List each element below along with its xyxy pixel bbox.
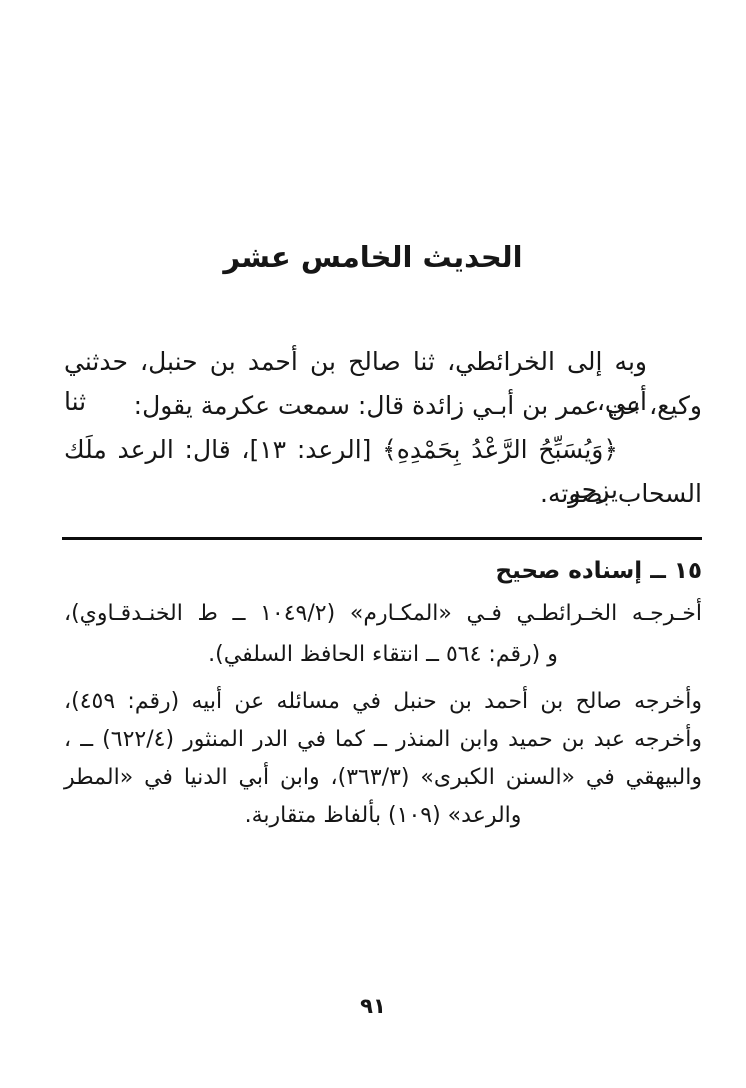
footnote-line-6: والرعد» (١٠٩) بألفاظ متقاربة. [64, 798, 702, 834]
body-line-4: السحاب بصوته. [64, 474, 702, 514]
footnote-number-heading: ١٥ ــ إسناده صحيح [64, 553, 702, 589]
chapter-title: الحديث الخامس عشر [0, 240, 746, 274]
footnote-line-2: و (رقم: ٥٦٤ ــ انتقاء الحافظ السلفي). [64, 637, 702, 673]
footnote-separator-rule [62, 537, 702, 540]
footnote-line-1: أخـرجـه الخـرائطـي فـي «المكـارم» (١٠٤٩/… [64, 596, 702, 632]
footnote-line-3: وأخرجه صالح بن أحمد بن حنبل في مسائله عن… [64, 684, 702, 720]
footnote-line-5: والبيهقي في «السنن الكبرى» (٣٦٣/٣)، وابن… [64, 760, 702, 796]
page-number: ٩١ [0, 994, 746, 1018]
footnote-line-4: وأخرجه عبد بن حميد وابن المنذر ــ كما في… [64, 722, 702, 758]
book-page: الحديث الخامس عشر وبه إلى الخرائطي، ثنا … [0, 0, 746, 1088]
body-line-2: وكيع، عن عمر بن أبـي زائدة قال: سمعت عكر… [64, 386, 702, 426]
